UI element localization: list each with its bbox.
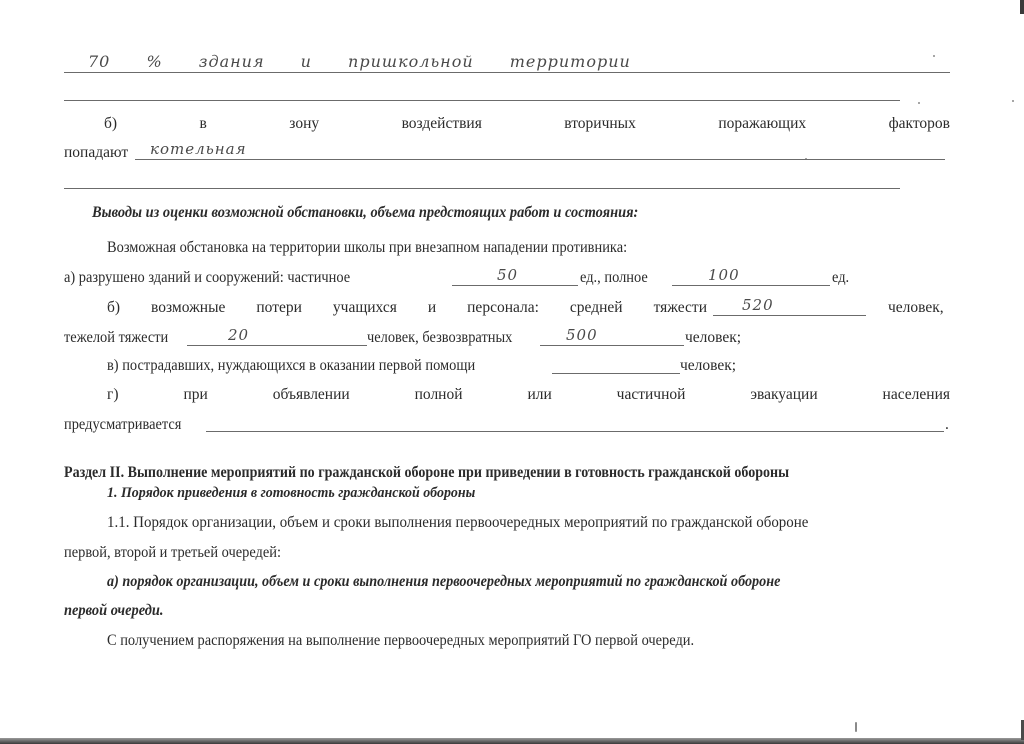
word: тяжести	[654, 300, 707, 316]
medium-losses-field-line	[713, 315, 866, 316]
word: в	[200, 116, 207, 132]
handwritten-damage-description: 70 % здания и пришкольной территории	[88, 52, 631, 71]
scan-speck	[855, 722, 857, 732]
severe-losses-value[interactable]: 20	[228, 326, 249, 344]
destroyed-middle: ед., полное	[580, 270, 648, 286]
word: или	[527, 387, 551, 403]
severe-losses-label: тежелой тяжести	[64, 330, 168, 346]
full-destroyed-value[interactable]: 100	[708, 266, 740, 284]
word: при	[183, 387, 207, 403]
underline-2	[64, 100, 900, 101]
word: факторов	[889, 116, 950, 132]
injured-suffix: человек;	[680, 358, 736, 374]
item-b-continuation-label: попадают	[64, 145, 128, 161]
word: персонала:	[467, 300, 539, 316]
situation-intro: Возможная обстановка на территории школы…	[107, 240, 627, 256]
word: возможные	[151, 300, 225, 316]
word: зону	[289, 116, 319, 132]
item-b-secondary-factors-line: б) в зону воздействия вторичных поражающ…	[104, 116, 950, 132]
scan-edge-top-right	[1020, 0, 1024, 14]
scan-edge-bottom	[0, 738, 1024, 744]
word: частичной	[617, 387, 686, 403]
evacuation-field-line	[206, 431, 944, 432]
word: г)	[107, 387, 119, 403]
destroyed-prefix: а) разрушено зданий и сооружений: частич…	[64, 270, 350, 286]
item-a-line2: первой очереди.	[64, 603, 164, 619]
evacuation-line-1: г) при объявлении полной или частичной э…	[107, 387, 950, 403]
irrecoverable-losses-value[interactable]: 500	[566, 326, 598, 344]
scan-speck	[918, 102, 920, 104]
scan-speck	[933, 55, 935, 57]
word: и	[428, 300, 436, 316]
word: поражающих	[718, 116, 806, 132]
word: объявлении	[273, 387, 350, 403]
underline-affected-object	[135, 159, 945, 160]
injured-label: в) пострадавших, нуждающихся в оказании …	[107, 358, 475, 374]
evacuation-end: .	[945, 417, 949, 433]
handwritten-affected-object: котельная	[150, 140, 247, 158]
partial-destroyed-value[interactable]: 50	[497, 266, 518, 284]
word: эвакуации	[750, 387, 817, 403]
injured-field-line	[552, 373, 680, 374]
destroyed-suffix: ед.	[832, 270, 849, 286]
partial-destroyed-field-line	[452, 285, 578, 286]
item-a-line1: а) порядок организации, объем и сроки вы…	[107, 574, 780, 590]
word: б)	[104, 116, 117, 132]
medium-losses-value[interactable]: 520	[742, 296, 774, 314]
losses-line1-suffix: человек,	[888, 300, 944, 316]
word: б)	[107, 300, 120, 316]
full-destroyed-field-line	[672, 285, 830, 286]
section-2-title: Раздел II. Выполнение мероприятий по гра…	[64, 465, 789, 481]
irrecoverable-losses-label: человек, безвозвратных	[367, 330, 512, 346]
word: средней	[570, 300, 623, 316]
losses-line2-suffix: человек;	[685, 330, 741, 346]
para-1-1-line2: первой, второй и третьей очередей:	[64, 545, 281, 561]
final-line: С получением распоряжения на выполнение …	[107, 633, 694, 649]
subsection-1-title: 1. Порядок приведения в готовность гражд…	[107, 486, 475, 501]
word: воздействия	[402, 116, 482, 132]
word: населения	[883, 387, 950, 403]
severe-losses-field-line	[187, 345, 367, 346]
word: вторичных	[564, 116, 636, 132]
scan-speck	[1012, 100, 1014, 102]
word: потери	[256, 300, 302, 316]
underline-affected-object-2	[64, 188, 900, 189]
evacuation-label: предусматривается	[64, 417, 181, 433]
losses-line-1: б) возможные потери учащихся и персонала…	[107, 300, 707, 316]
para-1-1-line1: 1.1. Порядок организации, объем и сроки …	[107, 515, 808, 531]
conclusions-heading: Выводы из оценки возможной обстановки, о…	[92, 205, 638, 221]
underline-1	[64, 72, 950, 73]
word: полной	[415, 387, 463, 403]
word: учащихся	[333, 300, 397, 316]
irrecoverable-losses-field-line	[540, 345, 684, 346]
